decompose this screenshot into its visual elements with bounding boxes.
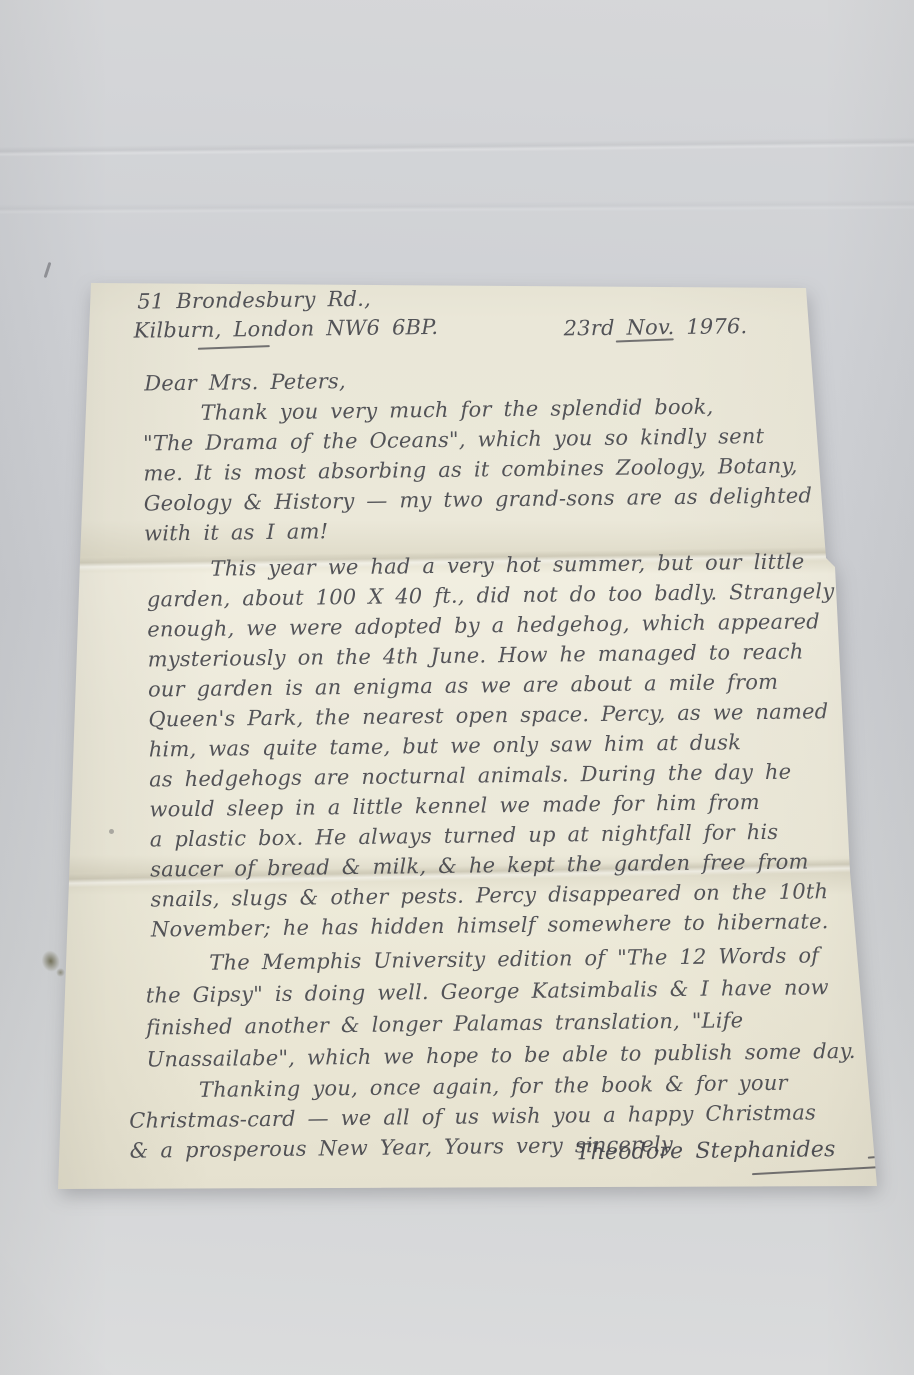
debris-speck [109, 829, 114, 834]
paragraph-1: Thank you very much for the splendid boo… [142, 390, 828, 548]
paragraph-2: This year we had a very hot summer, but … [146, 546, 833, 944]
photo-background: 51 Brondesbury Rd., Kilburn, London NW6 … [0, 0, 914, 1375]
debris-speck [56, 968, 65, 977]
letter-paper: 51 Brondesbury Rd., Kilburn, London NW6 … [0, 0, 914, 1375]
signature-flourish-dash [868, 1152, 914, 1159]
signature-flourish-underline [752, 1165, 892, 1175]
signature: Theodore Stephanides [576, 1137, 836, 1165]
letter-content: 51 Brondesbury Rd., Kilburn, London NW6 … [105, 271, 836, 1166]
ink-underline-london [198, 345, 270, 350]
letter-paper-shadow: 51 Brondesbury Rd., Kilburn, London NW6 … [0, 0, 914, 1375]
paragraph-3: The Memphis University edition of "The 1… [145, 939, 835, 1075]
